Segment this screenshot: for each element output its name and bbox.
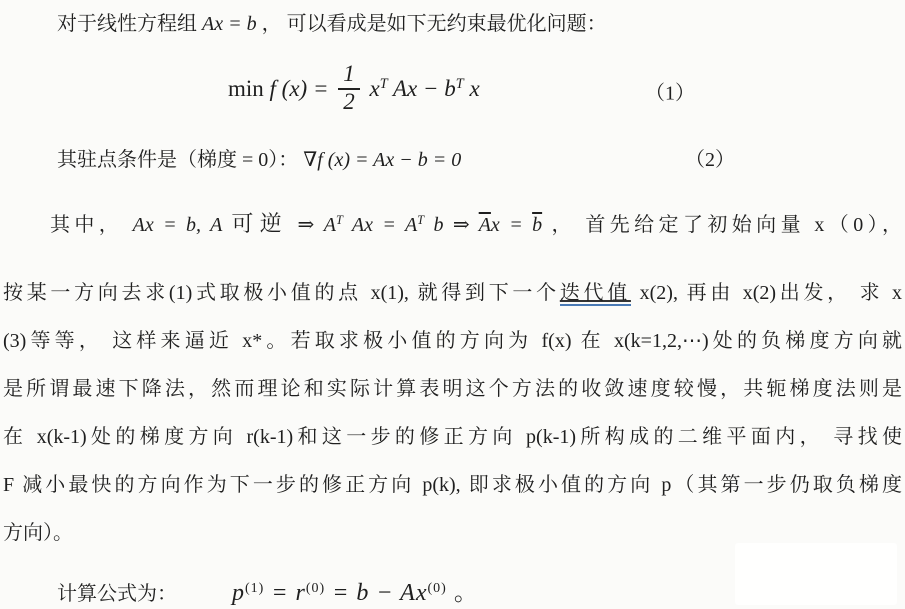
math-ax-equals-at: Ax = A xyxy=(343,214,417,236)
body-text: x(2), 再由 x(2)出发， 求 x xyxy=(631,282,902,304)
math-axb-a: Ax = b, A xyxy=(133,214,232,236)
transpose-superscript-3: T xyxy=(336,203,343,237)
formula-period: 。 xyxy=(447,580,479,606)
math-x-equals: x = xyxy=(491,214,532,236)
body-line-iteration: 按某一方向去求(1)式取极小值的点 x(1), 就得到下一个迭代值 x(2), … xyxy=(0,276,905,310)
paragraph-intro: 对于线性方程组 Ax = b ， 可以看成是如下无约束最优化问题： xyxy=(0,0,905,39)
equation-2-label: （2） xyxy=(685,144,735,176)
term-ax-minus-b: Ax − b xyxy=(388,76,456,101)
invertible-text: 可逆 xyxy=(231,211,288,236)
equals-r-term: = r xyxy=(264,580,306,606)
fx-equals: f (x) = xyxy=(270,76,335,101)
body-line-derivation: 其中， Ax = b, A 可逆 ⇒ AT Ax = AT b ⇒ Ax = b… xyxy=(0,207,905,244)
math-implies-at: ⇒ A xyxy=(288,214,336,236)
math-b-implies: b ⇒ xyxy=(424,214,479,236)
document-page: 对于线性方程组 Ax = b ， 可以看成是如下无约束最优化问题： min f … xyxy=(0,0,905,609)
iteration-value-link[interactable]: 迭代值 xyxy=(560,282,631,306)
term-x-final: x xyxy=(464,76,480,101)
intro-lead-text: 对于线性方程组 xyxy=(57,13,202,35)
equation-1: min f (x) = 12 xT Ax − bT x （1） xyxy=(0,60,905,122)
superscript-0b: (0) xyxy=(427,571,446,607)
body-line-plane: 在 x(k-1)处的梯度方向 r(k-1)和这一步的修正方向 p(k-1)所构成… xyxy=(0,420,905,454)
body-line-steepest-descent: 是所谓最速下降法，然而理论和实际计算表明这个方法的收敛速度较慢，共轭梯度法则是 xyxy=(0,372,905,406)
body-line-approach: (3)等等， 这样来逼近 x*。若取求极小值的方向为 f(x) 在 x(k=1,… xyxy=(0,324,905,358)
intro-math-axb: Ax = b xyxy=(202,13,257,35)
stationary-lead-text: 其驻点条件是（梯度 = 0）： xyxy=(57,149,303,171)
body-text: 按某一方向去求(1)式取极小值的点 x(1), 就得到下一个 xyxy=(3,282,560,304)
transpose-superscript-4: T xyxy=(417,203,424,237)
superscript-0a: (0) xyxy=(306,571,325,607)
transpose-superscript-1: T xyxy=(380,76,388,93)
a-bar: A xyxy=(479,214,491,236)
equation-1-body: min f (x) = 12 xT Ax − bT x xyxy=(228,62,480,119)
fraction-denominator: 2 xyxy=(338,90,360,114)
min-operator: min xyxy=(228,76,270,101)
term-x: x xyxy=(369,76,379,101)
intro-tail-text: ， 可以看成是如下无约束最优化问题： xyxy=(262,13,607,35)
watermark xyxy=(735,543,897,605)
body-text: 其中， xyxy=(50,214,133,236)
paragraph-stationary-condition: 其驻点条件是（梯度 = 0）： ∇f (x) = Ax − b = 0 （2） xyxy=(0,144,905,176)
equation-1-label: （1） xyxy=(645,77,695,106)
formula-body: p(1) = r(0) = b − Ax(0) 。 xyxy=(232,580,479,606)
superscript-1: (1) xyxy=(245,571,264,607)
b-bar: b xyxy=(532,214,542,236)
body-line-correction-direction: F 减小最快的方向作为下一步的修正方向 p(k), 即求极小值的方向 p（其第一… xyxy=(0,468,905,502)
formula-lead-text: 计算公式为： xyxy=(57,583,177,605)
gradient-equation: f (x) = Ax − b = 0 xyxy=(317,149,461,171)
equals-b-minus-ax: = b − Ax xyxy=(325,580,427,606)
body-text-initial-vector: ， 首先给定了初始向量 x（0）， xyxy=(542,214,902,236)
p-term: p xyxy=(232,580,245,606)
fraction-numerator: 1 xyxy=(338,62,360,89)
nabla-symbol: ∇ xyxy=(303,149,317,171)
transpose-superscript-2: T xyxy=(456,76,464,93)
fraction-one-half: 12 xyxy=(338,62,360,113)
